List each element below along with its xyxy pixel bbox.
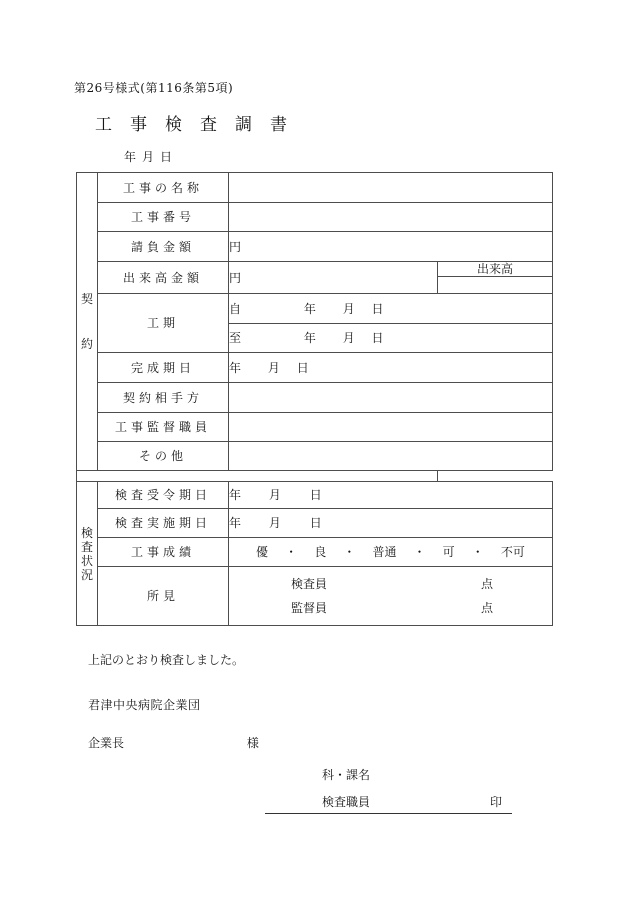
grade-separator: ・	[472, 546, 484, 558]
department-label: 科・課名	[322, 766, 370, 783]
month-unit: 月	[269, 489, 281, 501]
inspector-label: 検査職員	[322, 793, 370, 810]
month-unit: 月	[268, 362, 280, 374]
section-inspection-char: 況	[81, 569, 93, 581]
progress-sub-label: 出来高	[438, 262, 553, 277]
month-unit: 月	[269, 517, 281, 529]
month-unit: 月	[343, 332, 355, 344]
section-divider	[77, 471, 438, 482]
inspection-exec-date-cell: 年 月 日	[229, 509, 553, 538]
inspection-order-date-cell: 年 月 日	[229, 482, 553, 509]
inspection-form-table: 契 約 工事の名称 工事番号 請負金額 円 出来高金額 円 出来高	[76, 172, 553, 626]
inspection-statement: 上記のとおり検査しました。	[88, 651, 244, 668]
year-unit: 年	[304, 332, 316, 344]
completed-amount-value-cell: 円	[229, 262, 438, 294]
document-title: 工事検査調書	[95, 110, 305, 135]
day-unit: 日	[310, 489, 322, 501]
grade-option: 普通	[372, 546, 396, 558]
work-name-label: 工事の名称	[98, 173, 229, 203]
inspector-signature-line: 検査職員 印	[265, 791, 512, 814]
period-from-cell: 自 年 月 日	[229, 294, 553, 324]
addressee-title: 企業長	[88, 736, 124, 750]
year-unit: 年	[229, 517, 241, 529]
grade-option: 不可	[501, 546, 525, 558]
section-label-inspection: 検 査 状 況	[77, 482, 98, 626]
day-unit: 日	[297, 362, 309, 374]
period-to-prefix: 至	[229, 332, 241, 344]
document-page: 第26号様式(第116条第5項) 工事検査調書 年月日 契 約 工事の名称 工事…	[0, 0, 630, 903]
points-unit: 点	[481, 578, 493, 590]
grade-option: 可	[443, 546, 455, 558]
remarks-label: 所見	[98, 567, 229, 626]
contract-party-value-cell	[229, 383, 553, 413]
work-grade-label: 工事成績	[98, 538, 229, 567]
work-grade-options-cell: 優 ・ 良 ・ 普通 ・ 可 ・ 不可	[229, 538, 553, 567]
completion-date-label: 完成期日	[98, 353, 229, 383]
other-label: その他	[98, 442, 229, 471]
period-label: 工期	[98, 294, 229, 353]
period-to-cell: 至 年 月 日	[229, 324, 553, 353]
section-inspection-char: 状	[81, 555, 93, 567]
period-from-prefix: 自	[229, 303, 241, 315]
seal-label: 印	[490, 793, 502, 810]
form-number: 第26号様式(第116条第5項)	[74, 79, 233, 96]
supervising-staff-label: 工事監督職員	[98, 413, 229, 442]
remarks-cell: 検査員 点 監督員 点	[229, 567, 553, 626]
grade-option: 良	[314, 546, 326, 558]
work-number-value-cell	[229, 203, 553, 232]
issue-date-line: 年月日	[124, 148, 178, 165]
organization-name: 君津中央病院企業団	[88, 696, 201, 713]
contract-amount-label: 請負金額	[98, 232, 229, 262]
year-unit: 年	[229, 489, 241, 501]
section-label-contract: 契 約	[77, 173, 98, 471]
day-unit: 日	[372, 303, 384, 315]
section-inspection-char: 検	[81, 527, 93, 539]
contract-amount-value-cell: 円	[229, 232, 553, 262]
grade-separator: ・	[414, 546, 426, 558]
supervising-staff-value-cell	[229, 413, 553, 442]
points-unit: 点	[481, 602, 493, 614]
progress-sub-value-cell	[438, 277, 553, 294]
section-contract-char: 契	[81, 293, 93, 305]
grade-option: 優	[256, 546, 268, 558]
grade-separator: ・	[285, 546, 297, 558]
month-unit: 月	[343, 303, 355, 315]
yen-unit: 円	[229, 241, 241, 253]
completion-date-cell: 年 月 日	[229, 353, 553, 383]
day-unit: 日	[310, 517, 322, 529]
section-inspection-char: 査	[81, 541, 93, 553]
contract-party-label: 契約相手方	[98, 383, 229, 413]
completed-amount-label: 出来高金額	[98, 262, 229, 294]
work-number-label: 工事番号	[98, 203, 229, 232]
addressee-line: 企業長 様	[88, 734, 259, 751]
remarks-supervisor-label: 監督員	[291, 602, 327, 614]
other-value-cell	[229, 442, 553, 471]
yen-unit: 円	[229, 272, 241, 284]
work-name-value-cell	[229, 173, 553, 203]
inspection-order-date-label: 検査受令期日	[98, 482, 229, 509]
section-contract-char: 約	[81, 338, 93, 350]
inspection-exec-date-label: 検査実施期日	[98, 509, 229, 538]
remarks-inspector-label: 検査員	[291, 578, 327, 590]
year-unit: 年	[229, 362, 241, 374]
honorific: 様	[247, 736, 259, 750]
year-unit: 年	[304, 303, 316, 315]
grade-separator: ・	[343, 546, 355, 558]
day-unit: 日	[372, 332, 384, 344]
